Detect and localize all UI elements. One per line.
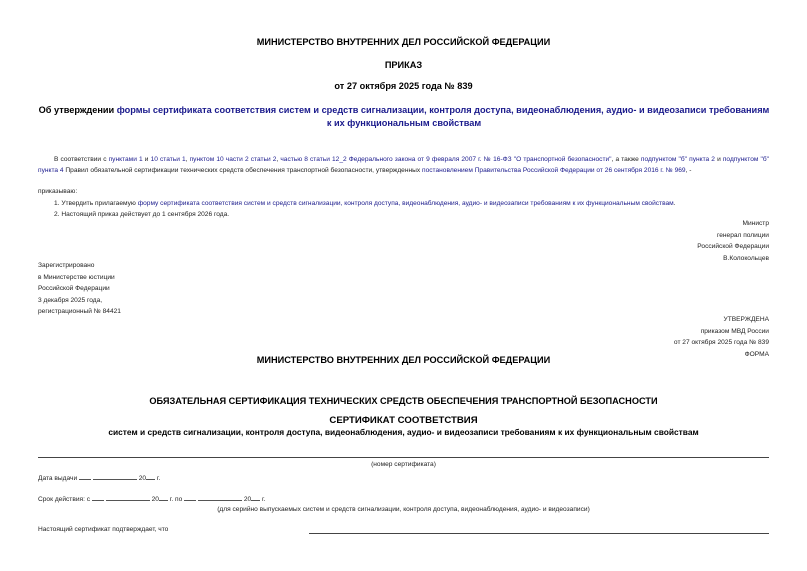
valid-to-year-field[interactable] xyxy=(251,493,260,501)
validity-to-label: г. по xyxy=(170,496,183,503)
order-title: Об утверждении формы сертификата соответ… xyxy=(36,104,772,130)
cert-subtitle: систем и средств сигнализации, контроля … xyxy=(0,427,807,437)
issue-month-field[interactable] xyxy=(93,472,137,480)
issue-day-field[interactable] xyxy=(79,472,91,480)
valid-from-year-field[interactable] xyxy=(159,493,168,501)
order-item-text: . xyxy=(674,200,676,207)
preamble-link-subpoint-2[interactable]: подпунктом "б" пункта 2 xyxy=(641,156,715,163)
registration-block: Зарегистрировано в Министерстве юстиции … xyxy=(38,260,121,318)
order-word: приказываю: xyxy=(38,186,77,198)
registration-number: регистрационный № 84421 xyxy=(38,306,121,318)
preamble-link-article-1[interactable]: 10 статьи 1 xyxy=(151,156,186,163)
registration-line: Российской Федерации xyxy=(38,283,121,295)
year-suffix: г. xyxy=(262,496,265,503)
order-title-prefix: Об утверждении xyxy=(39,105,117,115)
signature-name: В.Колокольцев xyxy=(697,253,769,265)
preamble-text: , - xyxy=(686,167,692,174)
registration-date: 3 декабря 2025 года, xyxy=(38,295,121,307)
year-prefix: 20 xyxy=(244,496,251,503)
approval-line: от 27 октября 2025 года № 839 xyxy=(674,337,769,349)
order-item-text: 2. Настоящий приказ действует до 1 сентя… xyxy=(54,211,229,218)
issue-date-label: Дата выдачи xyxy=(38,475,77,482)
preamble-link-article-2[interactable]: пунктом 10 части 2 статьи 2 xyxy=(190,156,277,163)
preamble-text: и xyxy=(715,156,723,163)
preamble-link-federal-law[interactable]: Федерального закона от 9 февраля 2007 г.… xyxy=(349,156,612,163)
preamble-text: , а также xyxy=(612,156,641,163)
issue-date-row: Дата выдачи 20 г. xyxy=(38,472,160,484)
valid-from-day-field[interactable] xyxy=(92,493,104,501)
order-title-link[interactable]: формы сертификата соответствия систем и … xyxy=(117,105,770,128)
preamble-link-government-decree[interactable]: постановлением Правительства Российской … xyxy=(422,167,686,174)
order-item-2: 2. Настоящий приказ действует до 1 сентя… xyxy=(54,209,774,220)
cert-title: СЕРТИФИКАТ СООТВЕТСТВИЯ xyxy=(0,415,807,426)
issue-year-field[interactable] xyxy=(146,472,155,480)
preamble-paragraph: В соответствии с пунктами 1 и 10 статьи … xyxy=(38,154,769,176)
registration-line: в Министерстве юстиции xyxy=(38,272,121,284)
signature-country: Российской Федерации xyxy=(697,241,769,253)
confirms-field-line[interactable] xyxy=(309,533,769,534)
approval-block: УТВЕРЖДЕНА приказом МВД России от 27 окт… xyxy=(674,314,769,360)
ministry-heading: МИНИСТЕРСТВО ВНУТРЕННИХ ДЕЛ РОССИЙСКОЙ Ф… xyxy=(0,37,807,47)
signature-rank: генерал полиции xyxy=(697,230,769,242)
serial-note: (для серийно выпускаемых систем и средст… xyxy=(0,504,807,515)
valid-to-month-field[interactable] xyxy=(198,493,242,501)
valid-from-month-field[interactable] xyxy=(106,493,150,501)
order-item-form-link[interactable]: форму сертификата соответствия систем и … xyxy=(138,200,674,207)
confirms-label: Настоящий сертификат подтверждает, что xyxy=(38,524,168,535)
signature-position: Министр xyxy=(697,218,769,230)
approval-line: приказом МВД России xyxy=(674,326,769,338)
order-item-text: 1. Утвердить прилагаемую xyxy=(54,200,138,207)
preamble-text: Правил обязательной сертификации техниче… xyxy=(64,167,422,174)
approval-line: УТВЕРЖДЕНА xyxy=(674,314,769,326)
valid-to-day-field[interactable] xyxy=(184,493,196,501)
signature-block: Министр генерал полиции Российской Федер… xyxy=(697,218,769,264)
preamble-link-law-points[interactable]: пунктами 1 xyxy=(109,156,143,163)
cert-number-line[interactable] xyxy=(38,457,769,458)
validity-label: Срок действия: с xyxy=(38,496,90,503)
preamble-link-article-12-2[interactable]: частью 8 статьи 12_2 xyxy=(280,156,346,163)
doc-type-heading: ПРИКАЗ xyxy=(0,60,807,70)
year-prefix: 20 xyxy=(152,496,159,503)
order-date-number: от 27 октября 2025 года № 839 xyxy=(0,81,807,91)
form-ministry-heading: МИНИСТЕРСТВО ВНУТРЕННИХ ДЕЛ РОССИЙСКОЙ Ф… xyxy=(0,355,807,365)
year-suffix: г. xyxy=(157,475,160,482)
cert-scope-heading: ОБЯЗАТЕЛЬНАЯ СЕРТИФИКАЦИЯ ТЕХНИЧЕСКИХ СР… xyxy=(0,396,807,406)
order-item-1: 1. Утвердить прилагаемую форму сертифика… xyxy=(54,198,774,209)
preamble-text: и xyxy=(143,156,151,163)
cert-number-caption: (номер сертификата) xyxy=(0,459,807,470)
registration-line: Зарегистрировано xyxy=(38,260,121,272)
preamble-text: В соответствии с xyxy=(54,156,109,163)
year-prefix: 20 xyxy=(139,475,146,482)
